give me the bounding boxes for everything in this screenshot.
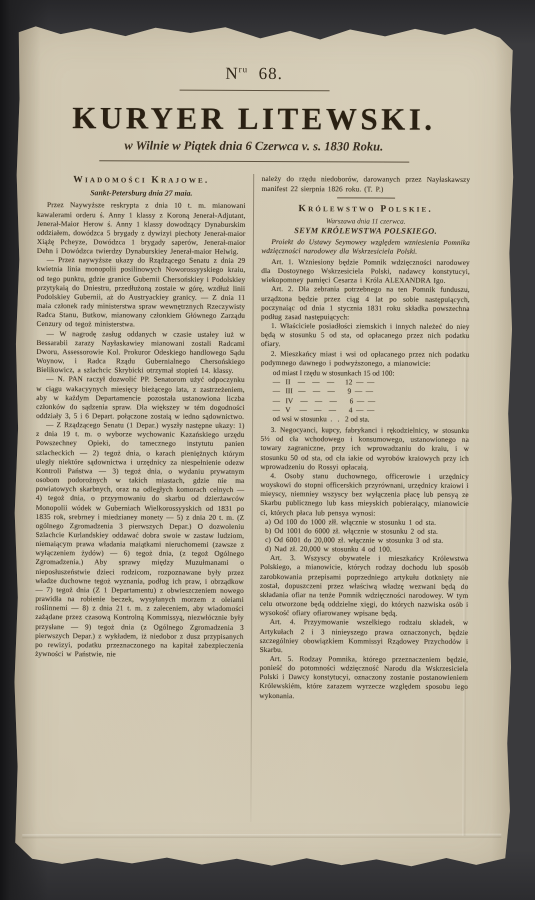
section-divider-rule [337, 197, 395, 198]
masthead-rule-long [99, 160, 409, 163]
right-column: należy do rzędu niedoborów, darowanych p… [251, 174, 470, 823]
article-1: Art. 1. Wzniesiony będzie Pomnik wdzięcz… [261, 257, 470, 285]
numbered-item-4: 4. Osoby stanu duchownego, officerowie i… [260, 471, 469, 518]
sejm-subheading: SEYM KRÓLEWSTWA POLSKIEGO. [261, 226, 470, 236]
numbered-item-2: 2. Mieszkańcy miast i wsi od opłacanego … [261, 349, 470, 368]
tax-rate-row: od wsi w stosunku . . 2 od sta. [273, 414, 470, 424]
news-paragraph: — Z Rządzącego Senatu (1 Depar.) wyszły … [35, 420, 245, 659]
newspaper-title: KURYER LITEWSKI. [37, 100, 470, 138]
masthead: Nru 68. KURYER LITEWSKI. w Wilnie w Piąt… [37, 63, 470, 163]
issue-prefix: N [225, 64, 238, 83]
news-paragraph: — Przez naywyższe ukazy do Rządzącego Se… [37, 255, 246, 329]
dispatch-dateline-warsaw: Warszawa dnia 11 czerwca. [261, 217, 470, 226]
article-2: Art. 2. Dla zebrania potrzebnego na ten … [261, 284, 470, 322]
section-heading-kingdom-of-poland: Królewstwo Polskie. [262, 204, 471, 215]
dispatch-dateline-petersburg: Sankt-Petersburg dnia 27 maia. [37, 188, 246, 198]
issue-superscript: ru [239, 64, 249, 74]
news-paragraph: — W nagrodę zasług oddanych w czasie ust… [36, 329, 245, 376]
scan-background: Nru 68. KURYER LITEWSKI. w Wilnie w Piąt… [0, 0, 535, 900]
tax-rate-row: — III — — — 9 — — [273, 386, 470, 396]
news-paragraph: Przez Naywyższe reskrypta z dnia 10 t. m… [37, 200, 246, 256]
masthead-dateline: w Wilnie w Piątek dnia 6 Czerwca v. s. 1… [37, 138, 470, 155]
newspaper-page: Nru 68. KURYER LITEWSKI. w Wilnie w Piąt… [12, 23, 515, 870]
issue-number: Nru 68. [38, 63, 471, 85]
article-columns: Wiadomości Krajowe. Sankt-Petersburg dni… [34, 173, 470, 823]
page-content: Nru 68. KURYER LITEWSKI. w Wilnie w Piąt… [34, 23, 471, 870]
masthead-rule-short [179, 90, 329, 92]
left-column: Wiadomości Krajowe. Sankt-Petersburg dni… [34, 173, 252, 822]
article-4: Art. 4. Przyymowanie wszelkiego rodzaiu … [260, 617, 469, 655]
article-3: Art. 3. Wszyscy obywatele i mieszkańcy K… [260, 553, 469, 618]
numbered-item-3: 3. Negocyanci, kupcy, fabrykanci i rękod… [260, 425, 469, 472]
section-heading-domestic-news: Wiadomości Krajowe. [37, 175, 246, 186]
numbered-item-1: 1. Właściciele posiadłości ziemskich i i… [261, 321, 470, 349]
article-5: Art. 5. Rodzay Pomnika, którego przeznac… [259, 654, 468, 701]
tax-rate-row: — IV — — — 6 — — [273, 396, 470, 406]
bill-intro: Proiekt do Ustawy Seymowey względem wzni… [261, 237, 470, 256]
continuation-paragraph: należy do rzędu niedoborów, darowanych p… [262, 174, 471, 193]
tax-rate-table: od miast I rzędu w stosunkach 15 od 100:… [273, 368, 470, 424]
issue-value: 68. [259, 64, 283, 83]
news-paragraph: — N. PAN raczył dozwolić PP. Senatorom u… [36, 374, 245, 421]
